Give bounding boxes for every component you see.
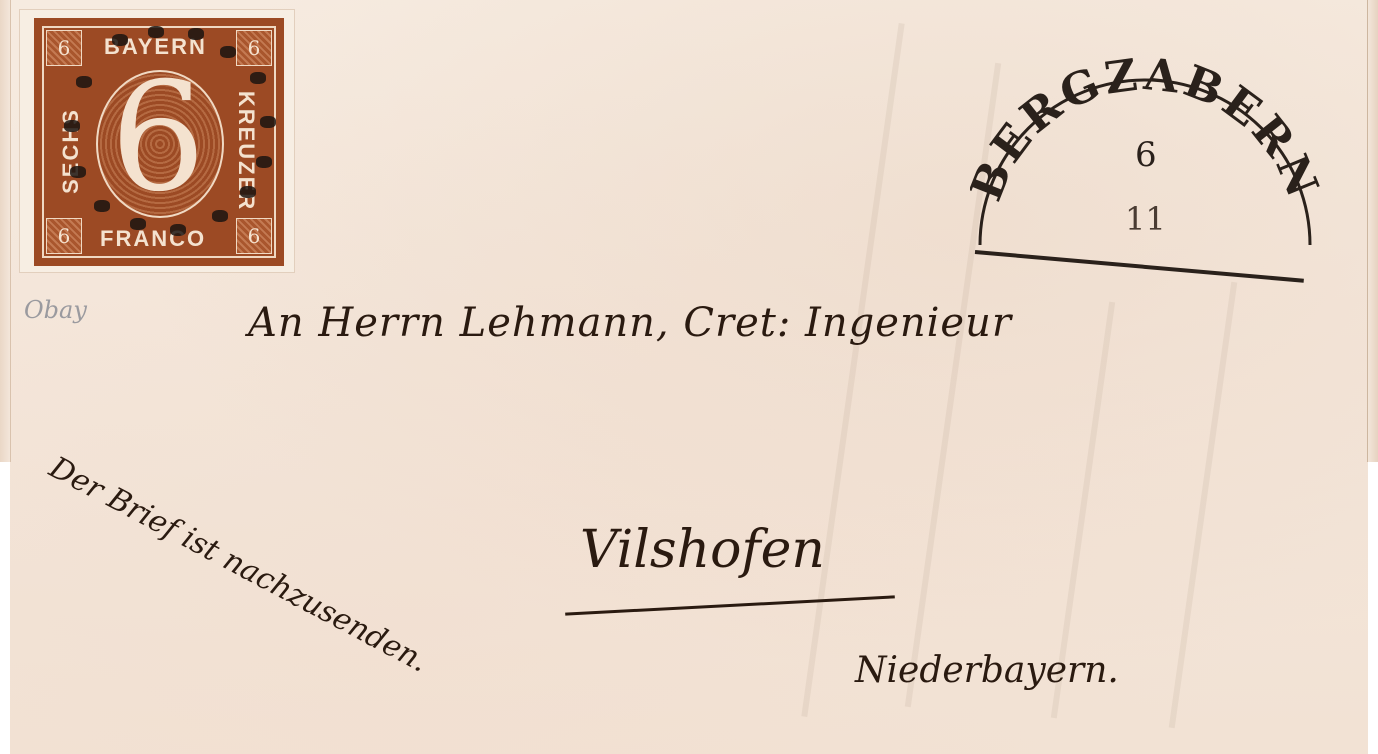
show-through-writing	[1169, 282, 1238, 728]
svg-text:BERGZABERN: BERGZABERN	[970, 49, 1320, 208]
stamp-corner-value: 6	[46, 30, 82, 66]
cancel-mark	[250, 72, 266, 84]
stamp-design: 6 6 6 6 BAYERN FRANCO SECHS KREUZER 6	[34, 18, 284, 266]
pencil-annotation: Obay	[24, 296, 87, 324]
cancel-mark	[212, 210, 228, 222]
postmark-town: BERGZABERN	[970, 49, 1320, 208]
cancel-mark	[260, 116, 276, 128]
show-through-writing	[801, 23, 904, 717]
destination-underline	[565, 595, 895, 615]
stamp-corner-value: 6	[46, 218, 82, 254]
cancel-mark	[240, 186, 256, 198]
background-margin-left	[0, 462, 10, 754]
stamp-numeral: 6	[96, 58, 220, 218]
cancel-mark	[148, 26, 164, 38]
cancel-mark	[188, 28, 204, 40]
cancel-mark	[70, 166, 86, 178]
cancel-mark	[94, 200, 110, 212]
cancel-mark	[76, 76, 92, 88]
destination-town: Vilshofen	[580, 520, 825, 580]
stamp-corner-value: 6	[236, 30, 272, 66]
cancel-mark	[64, 120, 80, 132]
envelope-cover: 6 6 6 6 BAYERN FRANCO SECHS KREUZER 6	[0, 0, 1378, 754]
cancel-mark	[220, 46, 236, 58]
destination-region: Niederbayern.	[855, 650, 1119, 691]
postmark-day: 6	[1135, 135, 1157, 175]
stamp-corner-value: 6	[236, 218, 272, 254]
background-margin-right	[1368, 462, 1378, 754]
cancel-mark	[256, 156, 272, 168]
forwarding-note: Der Brief ist nachzusenden.	[44, 450, 434, 680]
cancel-mark	[170, 224, 186, 236]
envelope-left-edge	[0, 0, 11, 462]
cancel-mark	[130, 218, 146, 230]
postage-stamp: 6 6 6 6 BAYERN FRANCO SECHS KREUZER 6	[20, 10, 294, 272]
addressee-line: An Herrn Lehmann, Cret: Ingenieur	[248, 300, 1012, 346]
cancel-mark	[112, 34, 128, 46]
envelope-right-edge	[1367, 0, 1378, 462]
stamp-franco-label: FRANCO	[100, 226, 206, 252]
postmark-month: 11	[1125, 200, 1166, 238]
